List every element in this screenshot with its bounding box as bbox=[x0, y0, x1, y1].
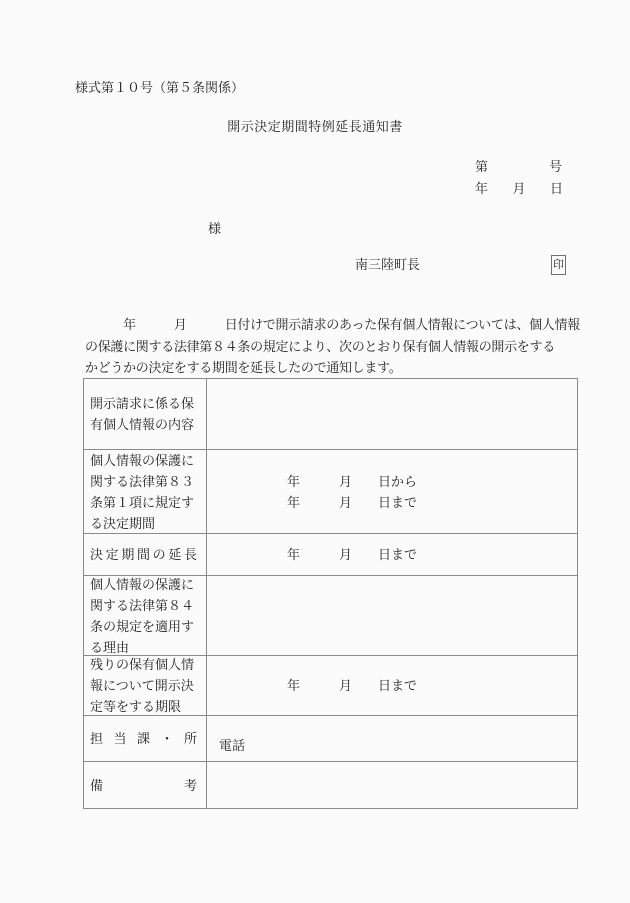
page-title: 開示決定期間特例延長通知書 bbox=[0, 119, 630, 135]
body-line: かどうかの決定をする期間を延長したので通知します。 bbox=[85, 357, 605, 379]
row-content-extension: 年 月 日まで bbox=[207, 534, 578, 576]
addressee-honorific: 様 bbox=[208, 221, 221, 237]
seal-icon: 印 bbox=[553, 257, 564, 273]
row-content-responsible-section: 電話 bbox=[207, 716, 578, 762]
row-label-text: 担当課・所 bbox=[90, 728, 197, 749]
doc-number-suffix: 号 bbox=[549, 159, 562, 175]
row-label-article84-reason: 個人情報の保護に関する法律第８４条の規定を適用する理由 bbox=[84, 576, 207, 656]
date-blank-until: 年 月 日まで bbox=[287, 544, 577, 565]
seal-box: 印 bbox=[551, 255, 566, 275]
row-content-article83-period: 年 月 日から 年 月 日まで bbox=[207, 450, 578, 534]
disclosure-extension-table: 開示請求に係る保有個人情報の内容 個人情報の保護に関する法律第８３条第１項に規定… bbox=[83, 378, 578, 809]
body-paragraph: 年 月 日付けで開示請求のあった保有個人情報については、個人情報 の保護に関する… bbox=[85, 314, 605, 379]
row-label-remaining-deadline: 残りの保有個人情報について開示決定等をする期限 bbox=[84, 656, 207, 716]
row-label-text: 決定期間の延長 bbox=[90, 544, 197, 565]
date-month-label: 月 bbox=[512, 181, 525, 197]
date-line: 年 月 日 bbox=[475, 181, 563, 197]
row-label-requested-info: 開示請求に係る保有個人情報の内容 bbox=[84, 379, 207, 450]
date-blank-until: 年 月 日まで bbox=[287, 675, 577, 696]
row-content-remarks bbox=[207, 762, 578, 809]
date-blank-from: 年 月 日から bbox=[287, 471, 577, 492]
form-number: 様式第１０号（第５条関係） bbox=[75, 80, 244, 96]
doc-number-prefix: 第 bbox=[475, 159, 488, 175]
date-year-label: 年 bbox=[475, 181, 488, 197]
row-label-extension: 決定期間の延長 bbox=[84, 534, 207, 576]
row-content-article84-reason bbox=[207, 576, 578, 656]
phone-label: 電話 bbox=[219, 735, 577, 756]
sender-title: 南三陸町長 bbox=[355, 257, 420, 273]
body-line: 年 月 日付けで開示請求のあった保有個人情報については、個人情報 bbox=[85, 314, 605, 336]
row-label-article83-period: 個人情報の保護に関する法律第８３条第１項に規定する決定期間 bbox=[84, 450, 207, 534]
row-label-responsible-section: 担当課・所 bbox=[84, 716, 207, 762]
row-content-remaining-deadline: 年 月 日まで bbox=[207, 656, 578, 716]
row-label-text: 個人情報の保護に関する法律第８３条第１項に規定する決定期間 bbox=[90, 450, 197, 534]
row-label-text: 残りの保有個人情報について開示決定等をする期限 bbox=[90, 654, 197, 717]
date-blank-until: 年 月 日まで bbox=[287, 492, 577, 513]
row-label-text: 開示請求に係る保有個人情報の内容 bbox=[90, 393, 197, 435]
row-label-remarks: 備考 bbox=[84, 762, 207, 809]
document-page: 様式第１０号（第５条関係） 開示決定期間特例延長通知書 第 号 年 月 日 様 … bbox=[0, 0, 630, 903]
date-day-label: 日 bbox=[550, 181, 563, 197]
row-label-text: 個人情報の保護に関する法律第８４条の規定を適用する理由 bbox=[90, 574, 197, 658]
row-content-requested-info bbox=[207, 379, 578, 450]
body-line: の保護に関する法律第８４条の規定により、次のとおり保有個人情報の開示をする bbox=[85, 336, 605, 358]
doc-number-line: 第 号 bbox=[475, 159, 562, 175]
row-label-text: 備考 bbox=[90, 775, 197, 796]
